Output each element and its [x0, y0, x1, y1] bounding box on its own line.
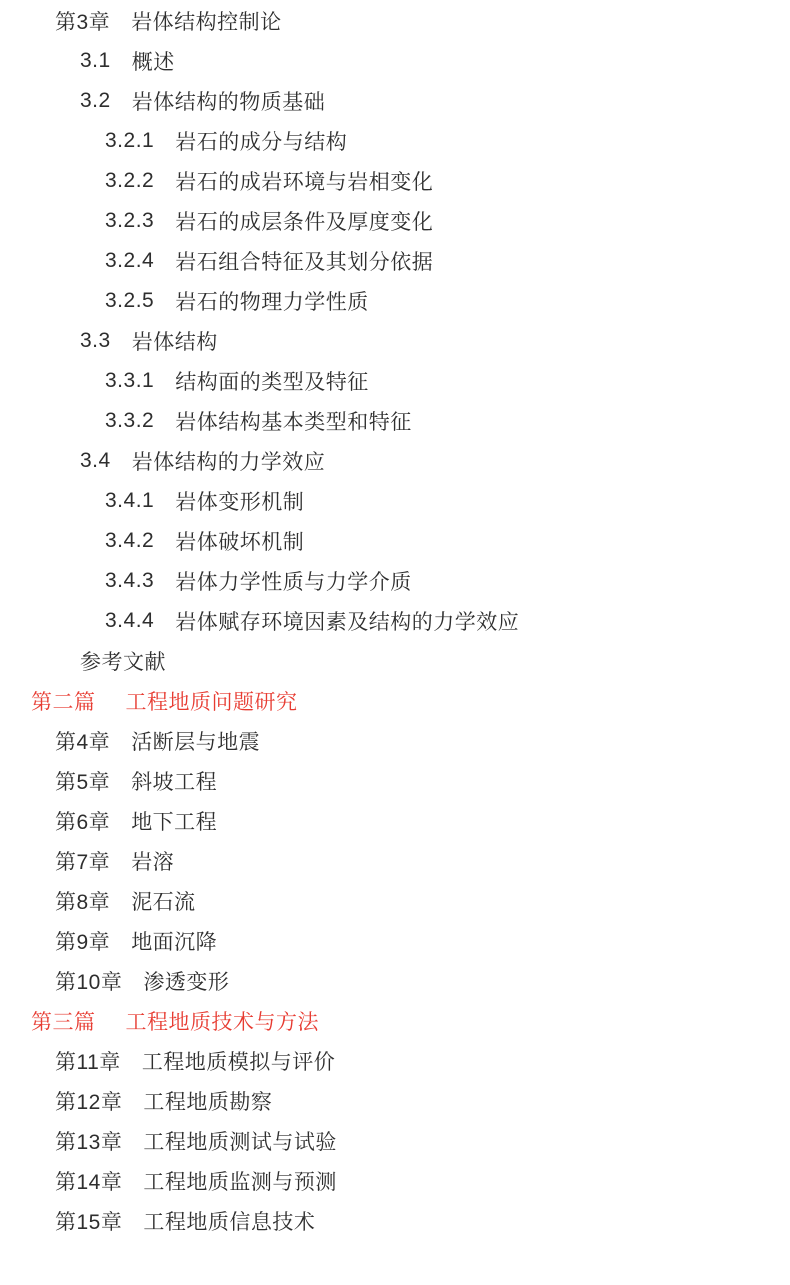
toc-entry-title: 岩体破坏机制 [175, 526, 304, 556]
toc-entry-title: 工程地质勘察 [143, 1086, 272, 1116]
toc-entry: 3.2.4 岩石组合特征及其划分依据 [0, 241, 790, 281]
toc-entry-number: 3.2.3 [105, 209, 154, 233]
toc-entry-title: 岩体力学性质与力学介质 [175, 566, 412, 596]
toc-entry-title: 斜坡工程 [131, 766, 217, 796]
toc-entry-number: 第13章 [55, 1126, 122, 1156]
table-of-contents: 第3章 岩体结构控制论 3.1 概述 3.2 岩体结构的物质基础 3.2.1 岩… [0, 0, 790, 1241]
toc-entry: 第8章 泥石流 [0, 881, 790, 921]
toc-entry-number: 第12章 [55, 1086, 122, 1116]
toc-entry-number: 第8章 [55, 886, 110, 916]
toc-entry-number: 3.4.4 [105, 609, 154, 633]
toc-entry-title: 地面沉降 [131, 926, 217, 956]
toc-entry: 3.2.2 岩石的成岩环境与岩相变化 [0, 161, 790, 201]
toc-entry-title: 结构面的类型及特征 [175, 366, 369, 396]
toc-entry-number: 3.4.2 [105, 529, 154, 553]
toc-entry: 3.3 岩体结构 [0, 321, 790, 361]
toc-entry-title: 渗透变形 [143, 966, 229, 996]
toc-entry-title: 岩石的物理力学性质 [175, 286, 369, 316]
toc-entry: 第6章 地下工程 [0, 801, 790, 841]
toc-entry-title: 工程地质模拟与评价 [142, 1046, 336, 1076]
toc-entry-title: 岩体赋存环境因素及结构的力学效应 [175, 606, 519, 636]
toc-entry-title: 岩体变形机制 [175, 486, 304, 516]
toc-entry: 第5章 斜坡工程 [0, 761, 790, 801]
toc-entry: 3.4.3 岩体力学性质与力学介质 [0, 561, 790, 601]
toc-entry-title: 岩石的成分与结构 [175, 126, 347, 156]
toc-entry: 第3章 岩体结构控制论 [0, 1, 790, 41]
toc-entry: 第二篇 工程地质问题研究 [0, 681, 790, 721]
toc-entry: 第12章 工程地质勘察 [0, 1081, 790, 1121]
toc-entry: 第三篇 工程地质技术与方法 [0, 1001, 790, 1041]
toc-entry-number: 3.1 [80, 49, 111, 73]
toc-entry-title: 岩体结构 [132, 326, 218, 356]
toc-entry: 3.2.5 岩石的物理力学性质 [0, 281, 790, 321]
toc-entry-number: 3.2.5 [105, 289, 154, 313]
toc-entry-number: 3.4 [80, 449, 111, 473]
toc-entry-number: 3.2 [80, 89, 111, 113]
toc-entry-number: 第4章 [55, 726, 110, 756]
toc-entry-number: 第7章 [55, 846, 110, 876]
toc-entry-title: 岩体结构的力学效应 [132, 446, 326, 476]
toc-entry-number: 3.2.1 [105, 129, 154, 153]
toc-entry: 第10章 渗透变形 [0, 961, 790, 1001]
toc-entry: 参考文献 [0, 641, 790, 681]
toc-entry: 3.4.4 岩体赋存环境因素及结构的力学效应 [0, 601, 790, 641]
toc-entry-number: 第3章 [55, 6, 110, 36]
toc-entry-number: 3.2.4 [105, 249, 154, 273]
toc-entry: 3.2.3 岩石的成层条件及厚度变化 [0, 201, 790, 241]
toc-entry-number: 第15章 [55, 1206, 122, 1236]
toc-entry: 第4章 活断层与地震 [0, 721, 790, 761]
toc-entry: 3.3.2 岩体结构基本类型和特征 [0, 401, 790, 441]
toc-entry-title: 工程地质测试与试验 [143, 1126, 337, 1156]
toc-entry-title: 参考文献 [80, 646, 166, 676]
toc-entry-number: 3.3.2 [105, 409, 154, 433]
toc-entry: 第9章 地面沉降 [0, 921, 790, 961]
toc-entry-title: 泥石流 [131, 886, 196, 916]
toc-entry-title: 工程地质监测与预测 [143, 1166, 337, 1196]
toc-entry: 第14章 工程地质监测与预测 [0, 1161, 790, 1201]
toc-entry: 第13章 工程地质测试与试验 [0, 1121, 790, 1161]
toc-entry: 第15章 工程地质信息技术 [0, 1201, 790, 1241]
toc-entry-title: 岩体结构控制论 [131, 6, 282, 36]
toc-entry-number: 3.3 [80, 329, 111, 353]
toc-entry-title: 岩石的成层条件及厚度变化 [175, 206, 433, 236]
toc-entry: 第7章 岩溶 [0, 841, 790, 881]
toc-entry-number: 第二篇 [31, 686, 96, 716]
toc-entry-number: 3.2.2 [105, 169, 154, 193]
toc-entry-number: 第10章 [55, 966, 122, 996]
toc-entry-title: 岩溶 [131, 846, 174, 876]
toc-entry-number: 第11章 [55, 1046, 121, 1076]
toc-entry: 3.3.1 结构面的类型及特征 [0, 361, 790, 401]
toc-entry: 3.4 岩体结构的力学效应 [0, 441, 790, 481]
toc-entry-title: 地下工程 [131, 806, 217, 836]
toc-entry-number: 3.4.3 [105, 569, 154, 593]
toc-entry-number: 3.3.1 [105, 369, 154, 393]
toc-entry-number: 第5章 [55, 766, 110, 796]
toc-entry-number: 第9章 [55, 926, 110, 956]
toc-entry: 3.4.2 岩体破坏机制 [0, 521, 790, 561]
toc-entry: 第11章 工程地质模拟与评价 [0, 1041, 790, 1081]
toc-entry-number: 3.4.1 [105, 489, 154, 513]
toc-entry: 3.2 岩体结构的物质基础 [0, 81, 790, 121]
toc-entry-number: 第三篇 [31, 1006, 96, 1036]
toc-entry-title: 活断层与地震 [131, 726, 260, 756]
toc-entry-title: 工程地质技术与方法 [126, 1006, 320, 1036]
toc-entry: 3.1 概述 [0, 41, 790, 81]
toc-entry-title: 岩体结构基本类型和特征 [175, 406, 412, 436]
toc-entry-title: 岩体结构的物质基础 [132, 86, 326, 116]
toc-entry-number: 第6章 [55, 806, 110, 836]
toc-entry-title: 岩石的成岩环境与岩相变化 [175, 166, 433, 196]
toc-entry: 3.2.1 岩石的成分与结构 [0, 121, 790, 161]
toc-entry-title: 工程地质问题研究 [126, 686, 298, 716]
toc-entry-title: 概述 [132, 46, 175, 76]
toc-entry-title: 岩石组合特征及其划分依据 [175, 246, 433, 276]
toc-entry-number: 第14章 [55, 1166, 122, 1196]
toc-entry: 3.4.1 岩体变形机制 [0, 481, 790, 521]
toc-entry-title: 工程地质信息技术 [143, 1206, 315, 1236]
